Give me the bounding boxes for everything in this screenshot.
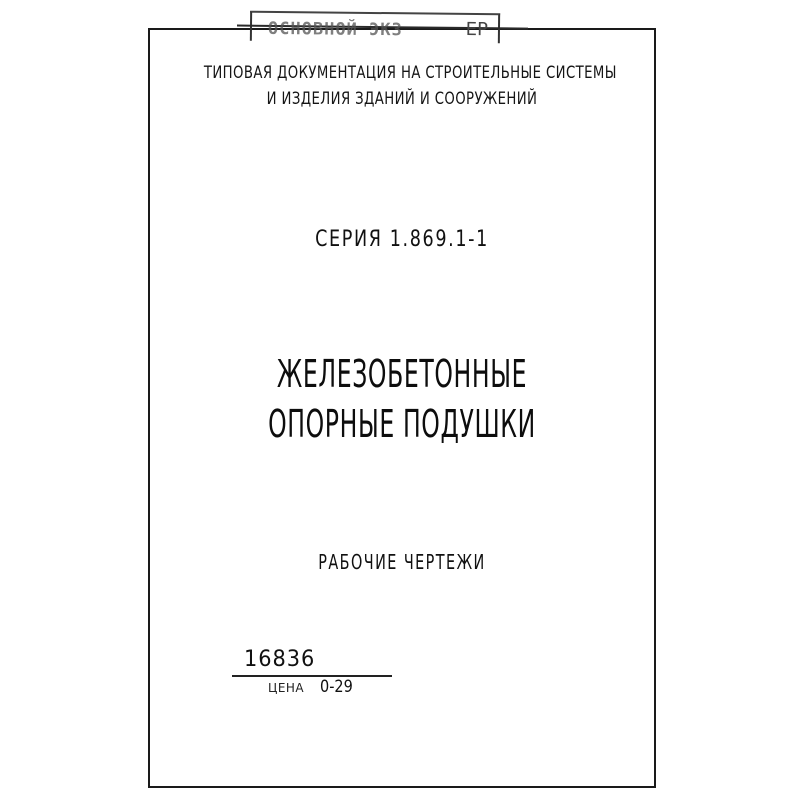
series-number: СЕРИЯ 1.869.1-1 [199,227,605,252]
price-label: ЦЕНА [268,681,304,695]
stamp-suffix: ЕР [466,19,488,40]
document-subtitle: РАБОЧИЕ ЧЕРТЕЖИ [219,550,585,574]
catalog-number: 16836 [244,647,315,672]
document-title-line-1: ЖЕЛЕЗОБЕТОННЫЕ [245,352,560,396]
library-stamp: ОСНОВНОЙ ЭКЗ ЕР [250,11,500,44]
stamp-text: ОСНОВНОЙ ЭКЗ [268,19,403,40]
document-title-line-2: ОПОРНЫЕ ПОДУШКИ [245,402,560,446]
catalog-divider [232,675,392,677]
header-line-2: И ИЗДЕЛИЯ ЗДАНИЙ И СООРУЖЕНИЙ [204,89,600,109]
price-value: 0-29 [320,677,353,697]
header-line-1: ТИПОВАЯ ДОКУМЕНТАЦИЯ НА СТРОИТЕЛЬНЫЕ СИС… [204,63,600,83]
